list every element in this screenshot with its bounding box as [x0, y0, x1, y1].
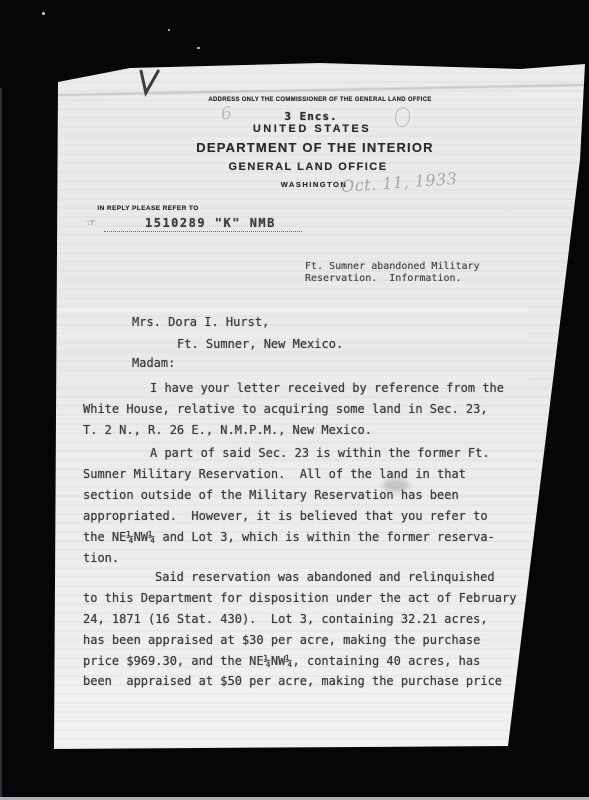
body-line: has been appraised at $30 per acre, maki…: [83, 633, 480, 647]
body-line: A part of said Sec. 23 is within the for…: [150, 446, 490, 460]
pointing-hand-icon: ☞: [87, 218, 96, 229]
letterhead-general-land-office: GENERAL LAND OFFICE: [228, 161, 387, 173]
microfilm-frame: 6 ADDRESS ONLY THE COMMISSIONER OF THE G…: [0, 0, 589, 800]
pencil-mark: 6: [220, 103, 234, 124]
body-line: I have your letter received by reference…: [150, 381, 504, 395]
enclosures-stamp: 3 Encs.: [284, 110, 337, 123]
body-line: the NE¼NW¼ and Lot 3, which is within th…: [83, 530, 495, 544]
checkmark-annotation: [134, 66, 162, 98]
film-speck: [42, 12, 45, 15]
letter-page: 6 ADDRESS ONLY THE COMMISSIONER OF THE G…: [0, 0, 589, 800]
body-line: price $969.30, and the NE¼NW¼, containin…: [83, 654, 480, 668]
addressee-name: Mrs. Dora I. Hurst,: [132, 315, 269, 329]
paper-streak: [58, 334, 528, 336]
body-line: Said reservation was abandoned and relin…: [155, 570, 495, 584]
letterhead-washington: WASHINGTON: [281, 180, 348, 189]
film-speck: [197, 47, 200, 49]
body-line: been appraised at $50 per acre, making t…: [83, 674, 502, 688]
addressee-place: Ft. Sumner, New Mexico.: [177, 337, 343, 351]
body-line: tion.: [83, 551, 119, 565]
salutation: Madam:: [132, 356, 175, 370]
paper-streak: [58, 308, 528, 311]
handwritten-date: Oct. 11, 1933: [340, 169, 457, 196]
pencil-mark-oval: [394, 106, 411, 127]
body-line: appropriated. However, it is believed th…: [83, 509, 488, 523]
letterhead-address-note: ADDRESS ONLY THE COMMISSIONER OF THE GEN…: [208, 97, 431, 103]
subject-line: Reservation. Information.: [305, 273, 462, 285]
reference-underline: [104, 210, 302, 232]
film-edge-left: [0, 88, 2, 800]
film-speck: [168, 29, 170, 31]
body-line: section outside of the Military Reservat…: [83, 488, 459, 502]
body-line: to this Department for disposition under…: [83, 591, 516, 605]
subject-line: Ft. Sumner abandoned Military: [305, 261, 480, 273]
body-line: 24, 1871 (16 Stat. 430). Lot 3, containi…: [83, 612, 488, 626]
letterhead-united-states: UNITED STATES: [253, 123, 371, 135]
body-line: Sumner Military Reservation. All of the …: [83, 467, 466, 481]
letterhead-department: DEPARTMENT OF THE INTERIOR: [196, 140, 434, 155]
body-line: White House, relative to acquiring some …: [83, 402, 488, 416]
body-line: T. 2 N., R. 26 E., N.M.P.M., New Mexico.: [83, 423, 372, 437]
paper-streak: [58, 378, 528, 380]
